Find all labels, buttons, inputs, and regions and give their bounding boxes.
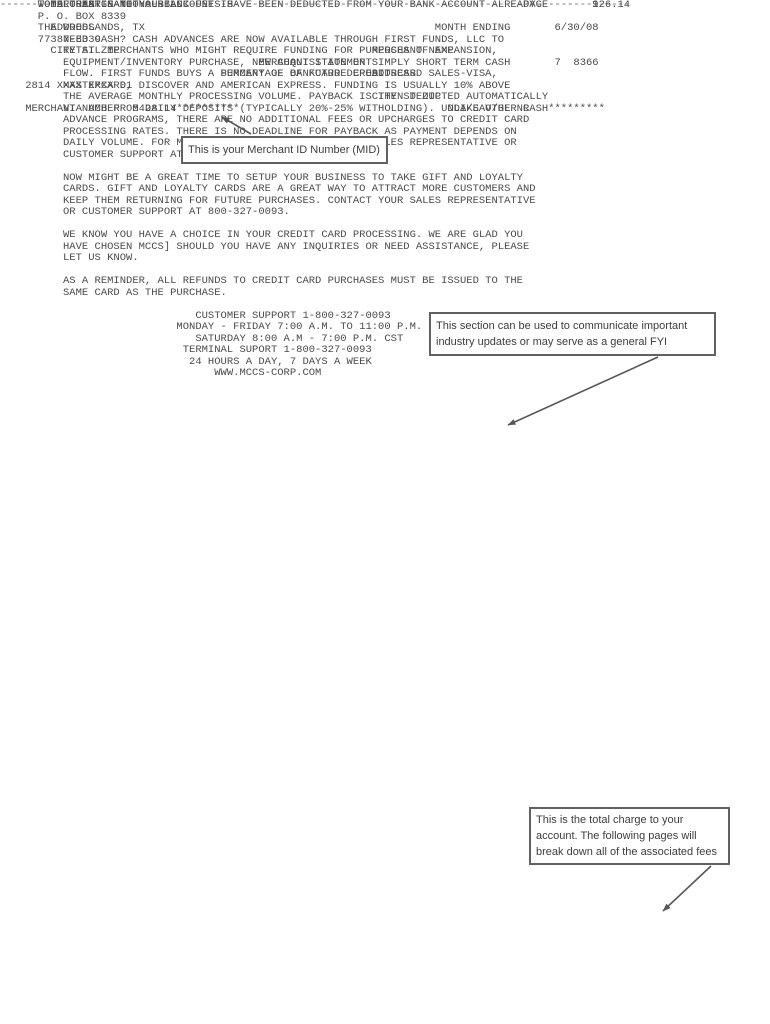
merchant-statement-document: WOODFOREST NATIONAL BANK PAGE 1 P. O. BO… xyxy=(0,0,770,1024)
industry-updates-callout-box: This section can be used to communicate … xyxy=(429,312,716,356)
total-charge-callout-text: This is the total charge to your account… xyxy=(536,812,717,860)
industry-updates-callout-text: This section can be used to communicate … xyxy=(436,318,687,350)
merchant-id-callout-box: This is your Merchant ID Number (MID) xyxy=(181,136,388,164)
total-charge-line: TOTAL CHARGE TO YOUR ACCOUNT IS 926.14 xyxy=(0,0,630,12)
total-charge-arrow xyxy=(663,866,711,911)
total-charge-callout-box: This is the total charge to your account… xyxy=(529,807,730,865)
merchant-id-callout-text: This is your Merchant ID Number (MID) xyxy=(188,142,380,158)
